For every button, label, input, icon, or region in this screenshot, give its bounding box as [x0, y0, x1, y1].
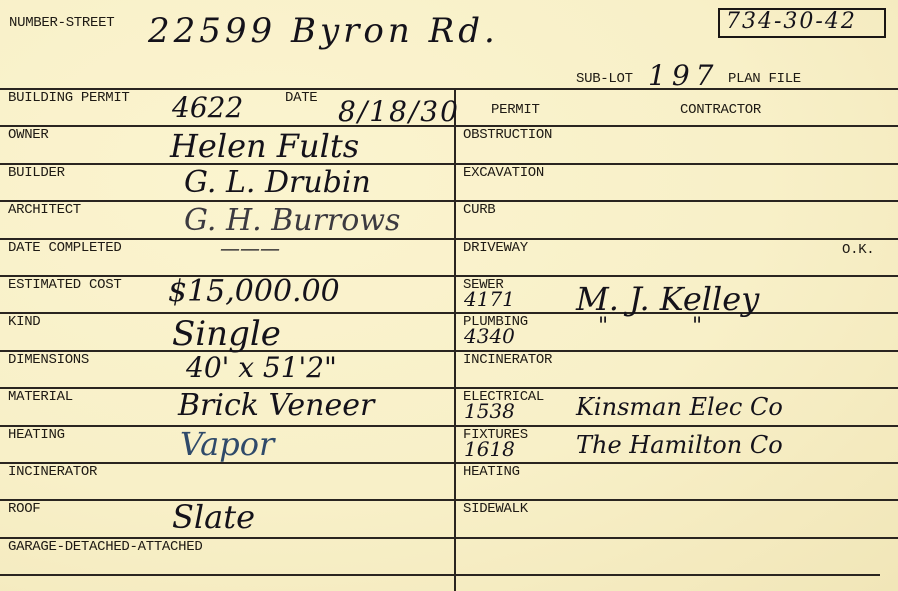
date-value: 8/18/30 — [338, 98, 460, 126]
ruled-line — [0, 425, 898, 427]
field-label: INCINERATOR — [8, 465, 97, 479]
date-label: DATE — [285, 91, 317, 105]
field-label: BUILDER — [8, 166, 65, 180]
field-value: Helen Fults — [170, 130, 359, 162]
building-permit-card: NUMBER-STREET 22599 Byron Rd. 734-30-42 … — [0, 0, 898, 591]
ruled-line — [0, 88, 898, 90]
status-note: O.K. — [842, 243, 874, 257]
field-value: 40' x 51'2" — [186, 354, 337, 382]
field-value: Slate — [172, 501, 255, 533]
ruled-line — [0, 462, 898, 464]
sub-lot-label: SUB-LOT — [576, 72, 633, 86]
field-label: GARAGE-DETACHED-ATTACHED — [8, 540, 202, 554]
field-label: DIMENSIONS — [8, 353, 89, 367]
permit-type-label: OBSTRUCTION — [463, 128, 552, 142]
ruled-line — [0, 275, 898, 277]
plan-file-label: PLAN FILE — [728, 72, 801, 86]
field-label: BUILDING PERMIT — [8, 91, 130, 105]
field-label: MATERIAL — [8, 390, 73, 404]
number-street-value: 22599 Byron Rd. — [148, 14, 499, 48]
permit-column-header: PERMIT — [491, 103, 540, 117]
ruled-line — [0, 350, 898, 352]
field-value: Single — [172, 317, 281, 351]
field-label: HEATING — [8, 428, 65, 442]
field-value: G. H. Burrows — [184, 206, 400, 236]
permit-type-label: SIDEWALK — [463, 502, 528, 516]
contractor-name: The Hamilton Co — [576, 433, 783, 457]
field-value: 4622 — [172, 94, 243, 122]
ruled-line — [0, 387, 898, 389]
contractor-name: Kinsman Elec Co — [576, 395, 783, 419]
sub-lot-value: 197 — [648, 62, 719, 90]
field-label: DATE COMPLETED — [8, 241, 121, 255]
field-label: ESTIMATED COST — [8, 278, 121, 292]
permit-number: 4171 — [464, 289, 515, 309]
number-street-label: NUMBER-STREET — [9, 16, 114, 30]
field-value: $15,000.00 — [168, 277, 340, 307]
field-value: ——— — [220, 238, 280, 258]
permit-type-label: HEATING — [463, 465, 520, 479]
ruled-line — [0, 163, 898, 165]
contractor-column-header: CONTRACTOR — [680, 103, 761, 117]
field-value: G. L. Drubin — [184, 168, 371, 198]
field-label: KIND — [8, 315, 40, 329]
permit-type-label: CURB — [463, 203, 495, 217]
field-label: ROOF — [8, 502, 40, 516]
contractor-name: M. J. Kelley — [576, 283, 759, 315]
file-number: 734-30-42 — [726, 11, 857, 33]
field-label: OWNER — [8, 128, 49, 142]
field-label: ARCHITECT — [8, 203, 81, 217]
field-value: Vapor — [180, 428, 274, 460]
permit-type-label: INCINERATOR — [463, 353, 552, 367]
permit-type-label: EXCAVATION — [463, 166, 544, 180]
ruled-line — [0, 238, 898, 240]
ruled-line — [0, 499, 898, 501]
permit-number: 1618 — [464, 439, 515, 459]
permit-type-label: DRIVEWAY — [463, 241, 528, 255]
contractor-name: " " — [598, 316, 702, 338]
permit-number: 4340 — [464, 326, 515, 346]
permit-number: 1538 — [464, 401, 515, 421]
ruled-line — [0, 200, 898, 202]
field-value: Brick Veneer — [178, 391, 374, 421]
ruled-line — [0, 574, 880, 576]
ruled-line — [0, 312, 898, 314]
